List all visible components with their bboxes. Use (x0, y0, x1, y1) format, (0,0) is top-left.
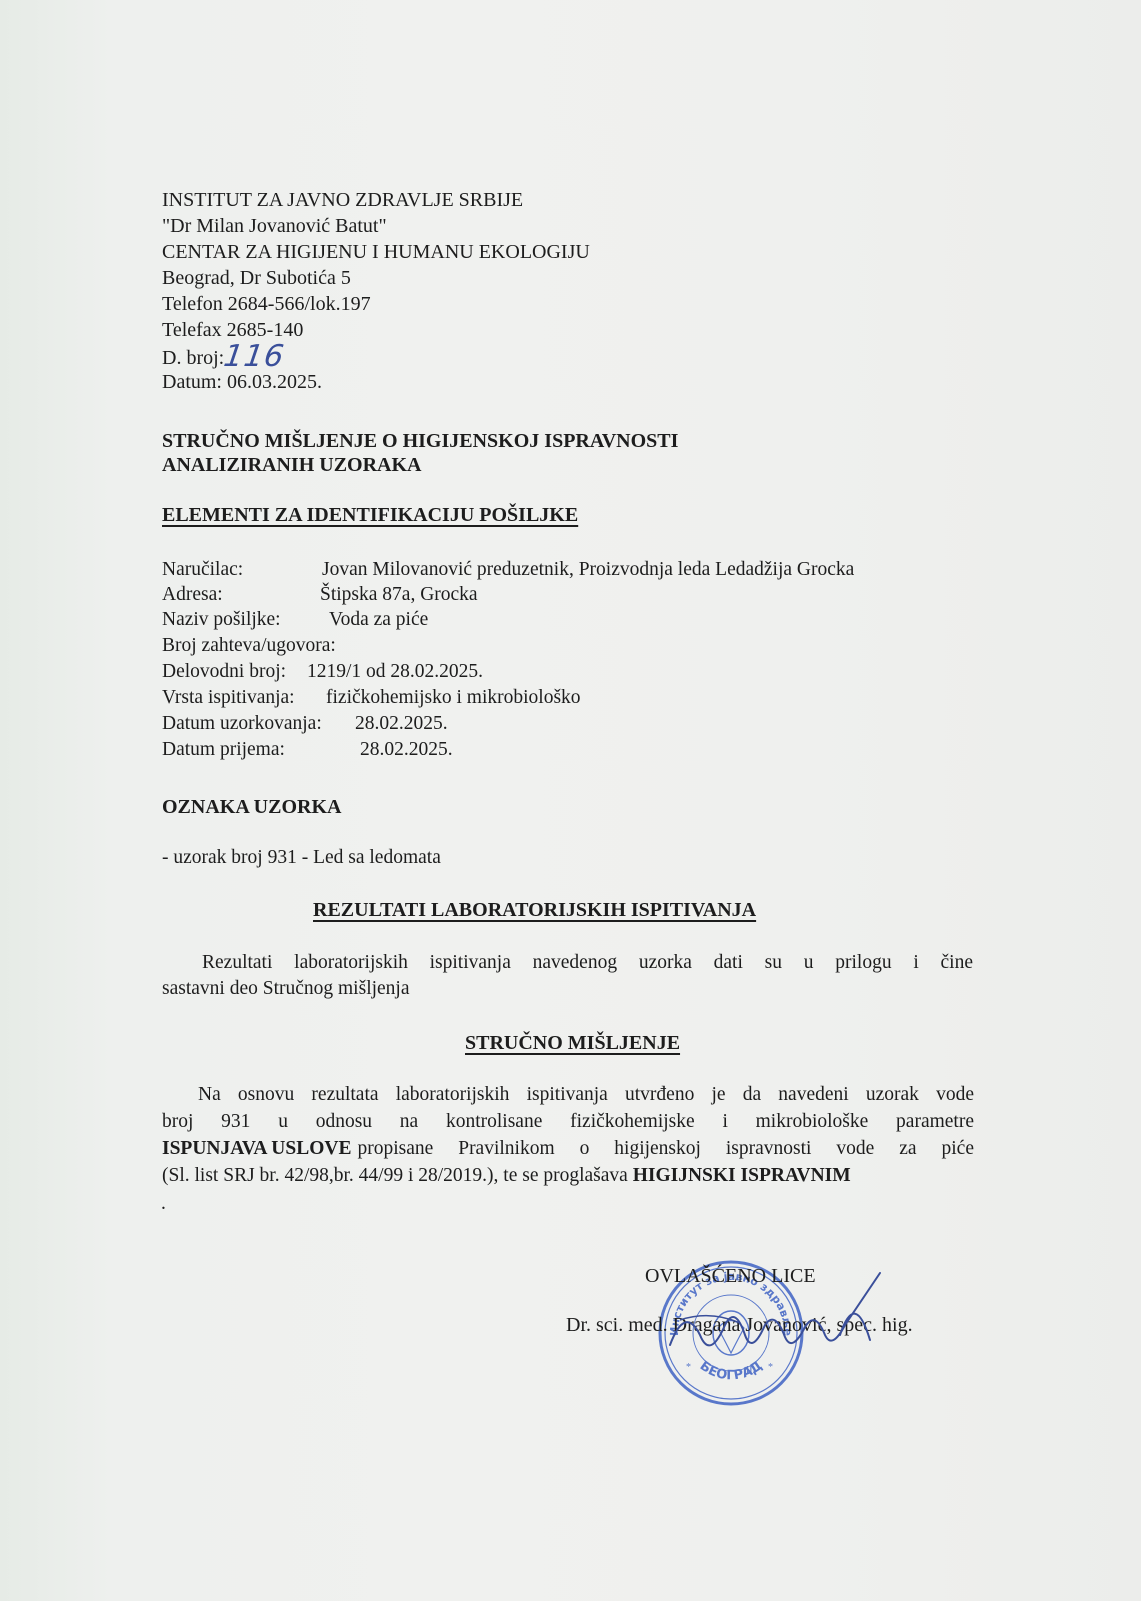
document-date: Datum: 06.03.2025. (162, 371, 322, 394)
sample-item: - uzorak broj 931 - Led sa ledomata (162, 847, 441, 869)
field-adresa-value: Štipska 87a, Grocka (320, 584, 478, 606)
header-line-address: Beograd, Dr Subotića 5 (162, 267, 351, 290)
field-naziv-value: Voda za piće (329, 609, 428, 631)
field-narucilac-label: Naručilac: (162, 559, 243, 581)
document-title-line1: STRUČNO MIŠLJENJE O HIGIJENSKOJ ISPRAVNO… (162, 429, 678, 453)
field-uzorkovanje-label: Datum uzorkovanja: (162, 713, 322, 735)
field-prijem-label: Datum prijema: (162, 739, 285, 761)
opinion-line3: ISPUNJAVA USLOVE propisane Pravilnikom o… (162, 1135, 974, 1162)
field-naziv-label: Naziv pošiljke: (162, 609, 281, 631)
header-line-center: CENTAR ZA HIGIJENU I HUMANU EKOLOGIJU (162, 241, 590, 264)
verdict-meets-conditions: ISPUNJAVA USLOVE (162, 1135, 351, 1162)
field-delovodni-label: Delovodni broj: (162, 661, 286, 683)
header-line-institute: INSTITUT ZA JAVNO ZDRAVLJE SRBIJE (162, 189, 523, 212)
field-prijem-value: 28.02.2025. (360, 739, 453, 761)
opinion-trailing-dot: . (161, 1190, 166, 1217)
document-date-value: 06.03.2025. (227, 371, 322, 393)
document-number-handwritten: 116 (223, 345, 286, 368)
field-adresa-label: Adresa: (162, 584, 223, 606)
field-uzorkovanje-value: 28.02.2025. (355, 713, 448, 735)
field-vrsta-label: Vrsta ispitivanja: (162, 687, 295, 709)
results-heading: REZULTATI LABORATORIJSKIH ISPITIVANJA (313, 898, 756, 922)
field-delovodni-value: 1219/1 od 28.02.2025. (307, 661, 483, 683)
document-title-line2: ANALIZIRANIH UZORAKA (162, 453, 421, 477)
opinion-line2: broj 931 u odnosu na kontrolisane fizičk… (162, 1108, 974, 1135)
document-number-label: D. broj: (162, 347, 224, 369)
opinion-line3-rest: propisane Pravilnikom o higijenskoj ispr… (351, 1135, 974, 1162)
identification-heading: ELEMENTI ZA IDENTIFIKACIJU POŠILJKE (162, 503, 578, 527)
field-vrsta-value: fizičkohemijsko i mikrobiološko (326, 687, 581, 709)
header-line-phone: Telefon 2684-566/lok.197 (162, 293, 371, 316)
opinion-line1: Na osnovu rezultata laboratorijskih ispi… (198, 1081, 974, 1108)
handwritten-signature-icon (640, 1265, 890, 1375)
results-text-line2: sastavni deo Stručnog mišljenja (162, 978, 410, 1000)
document-number: D. broj:116 (162, 345, 284, 370)
field-narucilac-value: Jovan Milovanović preduzetnik, Proizvodn… (322, 559, 854, 581)
document-page: INSTITUT ZA JAVNO ZDRAVLJE SRBIJE "Dr Mi… (0, 0, 1141, 1601)
results-text-line1: Rezultati laboratorijskih ispitivanja na… (202, 952, 973, 974)
verdict-hygienically-correct: HIGIJNSKI ISPRAVNIM (633, 1165, 851, 1186)
header-line-batut: "Dr Milan Jovanović Batut" (162, 215, 387, 238)
field-broj-zahteva-label: Broj zahteva/ugovora: (162, 635, 336, 657)
document-date-label: Datum: (162, 371, 222, 393)
opinion-line4: (Sl. list SRJ br. 42/98,br. 44/99 i 28/2… (162, 1162, 851, 1189)
sample-heading: OZNAKA UZORKA (162, 795, 341, 819)
opinion-line4-rest: (Sl. list SRJ br. 42/98,br. 44/99 i 28/2… (162, 1165, 633, 1186)
opinion-heading: STRUČNO MIŠLJENJE (465, 1031, 680, 1055)
